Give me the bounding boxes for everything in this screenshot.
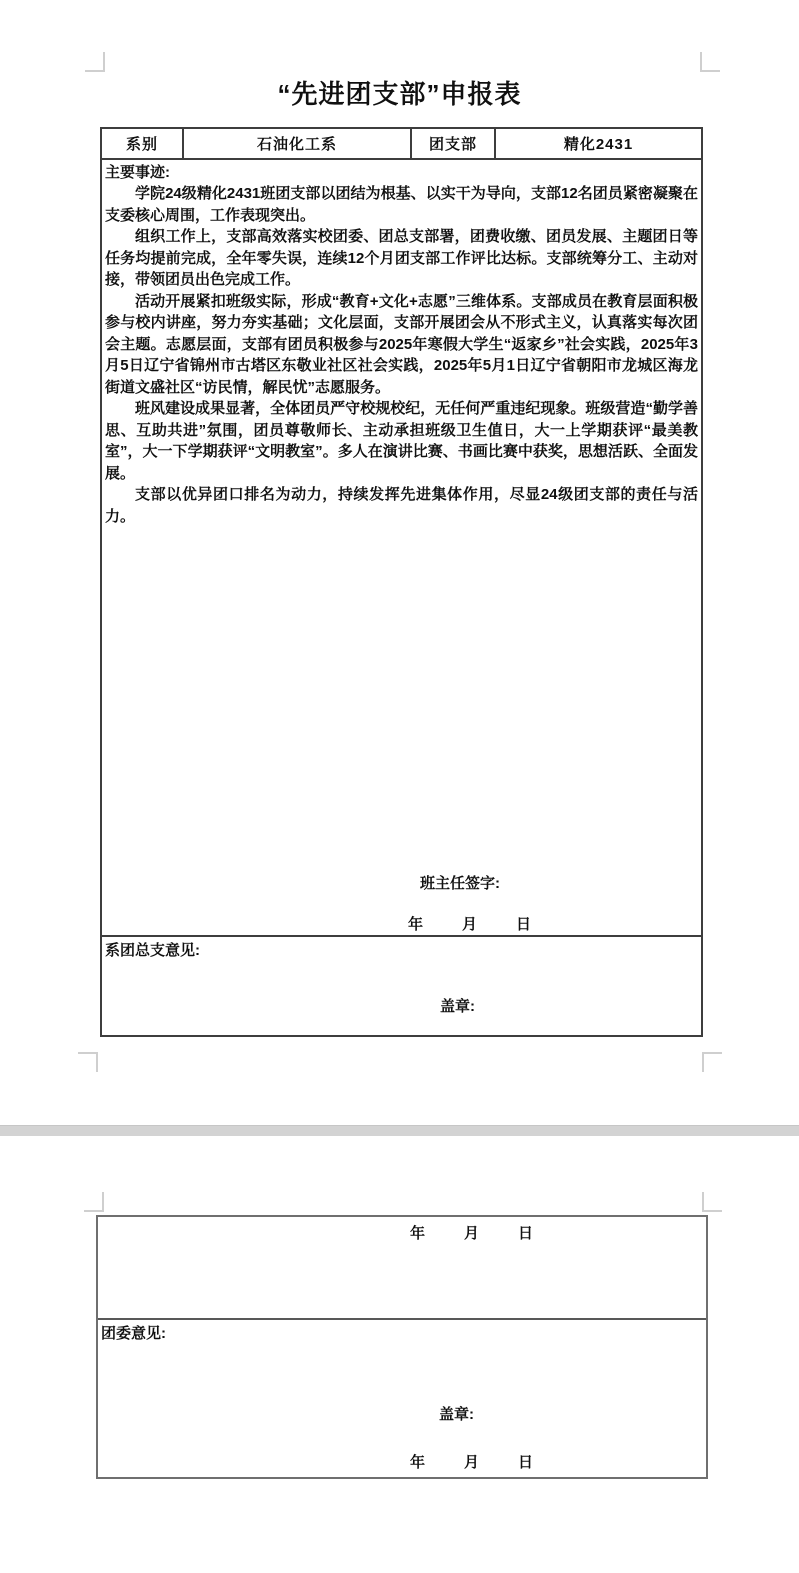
month-label: 月 xyxy=(464,1451,479,1472)
page2-margin-mark-top-left xyxy=(84,1192,104,1212)
page1-margin-mark-top-left xyxy=(85,52,105,72)
dept-label-cell: 系别 xyxy=(102,129,184,158)
achievements-paragraph: 组织工作上，支部高效落实校团委、团总支部署，团费收缴、团员发展、主题团日等任务均… xyxy=(105,226,698,291)
year-label: 年 xyxy=(410,1222,425,1243)
day-label: 日 xyxy=(516,913,531,934)
stamp-label: 盖章: xyxy=(439,1403,474,1424)
achievements-paragraph: 学院24级精化2431班团支部以团结为根基、以实干为导向，支部12名团员紧密凝聚… xyxy=(105,183,698,226)
day-label: 日 xyxy=(518,1451,533,1472)
branch-label-cell: 团支部 xyxy=(412,129,496,158)
month-label: 月 xyxy=(464,1222,479,1243)
application-form-table-continued: 年 月 日 团委意见: 盖章: 年 月 日 xyxy=(96,1215,708,1479)
page-title: “先进团支部”申报表 xyxy=(0,74,799,111)
achievements-paragraph: 班风建设成果显著，全体团员严守校规校纪，无任何严重违纪现象。班级营造“勤学善思、… xyxy=(105,398,698,484)
dept-league-opinion-continued-cell: 年 月 日 xyxy=(98,1217,706,1320)
branch-value-cell: 精化2431 xyxy=(496,129,701,158)
main-achievements-cell: 主要事迹: 学院24级精化2431班团支部以团结为根基、以实干为导向，支部12名… xyxy=(102,160,701,937)
achievements-label: 主要事迹: xyxy=(105,162,698,183)
page2-bottom-date-line: 年 月 日 xyxy=(98,1451,706,1471)
league-committee-opinion-cell: 团委意见: 盖章: 年 月 日 xyxy=(98,1320,706,1477)
page2-margin-mark-top-right xyxy=(702,1192,722,1212)
page1-margin-mark-top-right xyxy=(700,52,720,72)
page-break-divider xyxy=(0,1125,799,1136)
year-label: 年 xyxy=(408,913,423,934)
year-label: 年 xyxy=(410,1451,425,1472)
page2-top-date-line: 年 月 日 xyxy=(98,1222,706,1242)
month-label: 月 xyxy=(462,913,477,934)
document-page: “先进团支部”申报表 系别 石油化工系 团支部 精化2431 主要事迹: 学院2… xyxy=(0,0,799,1573)
info-header-row: 系别 石油化工系 团支部 精化2431 xyxy=(102,129,701,160)
achievements-paragraph: 支部以优异团口排名为动力，持续发挥先进集体作用，尽显24级团支部的责任与活力。 xyxy=(105,484,698,527)
league-committee-opinion-label: 团委意见: xyxy=(101,1322,703,1343)
dept-value-cell: 石油化工系 xyxy=(184,129,412,158)
achievements-paragraph: 活动开展紧扣班级实际，形成“教育+文化+志愿”三维体系。支部成员在教育层面积极参… xyxy=(105,291,698,399)
page1-date-line: 年 月 日 xyxy=(102,913,701,933)
application-form-table: 系别 石油化工系 团支部 精化2431 主要事迹: 学院24级精化2431班团支… xyxy=(100,127,703,1037)
teacher-signature-label: 班主任签字: xyxy=(420,872,500,893)
day-label: 日 xyxy=(518,1222,533,1243)
page1-margin-mark-bottom-left xyxy=(78,1052,98,1072)
stamp-label: 盖章: xyxy=(440,995,475,1016)
dept-league-opinion-cell: 系团总支意见: 盖章: xyxy=(102,937,701,1035)
page1-margin-mark-bottom-right xyxy=(702,1052,722,1072)
dept-league-opinion-label: 系团总支意见: xyxy=(105,939,698,960)
